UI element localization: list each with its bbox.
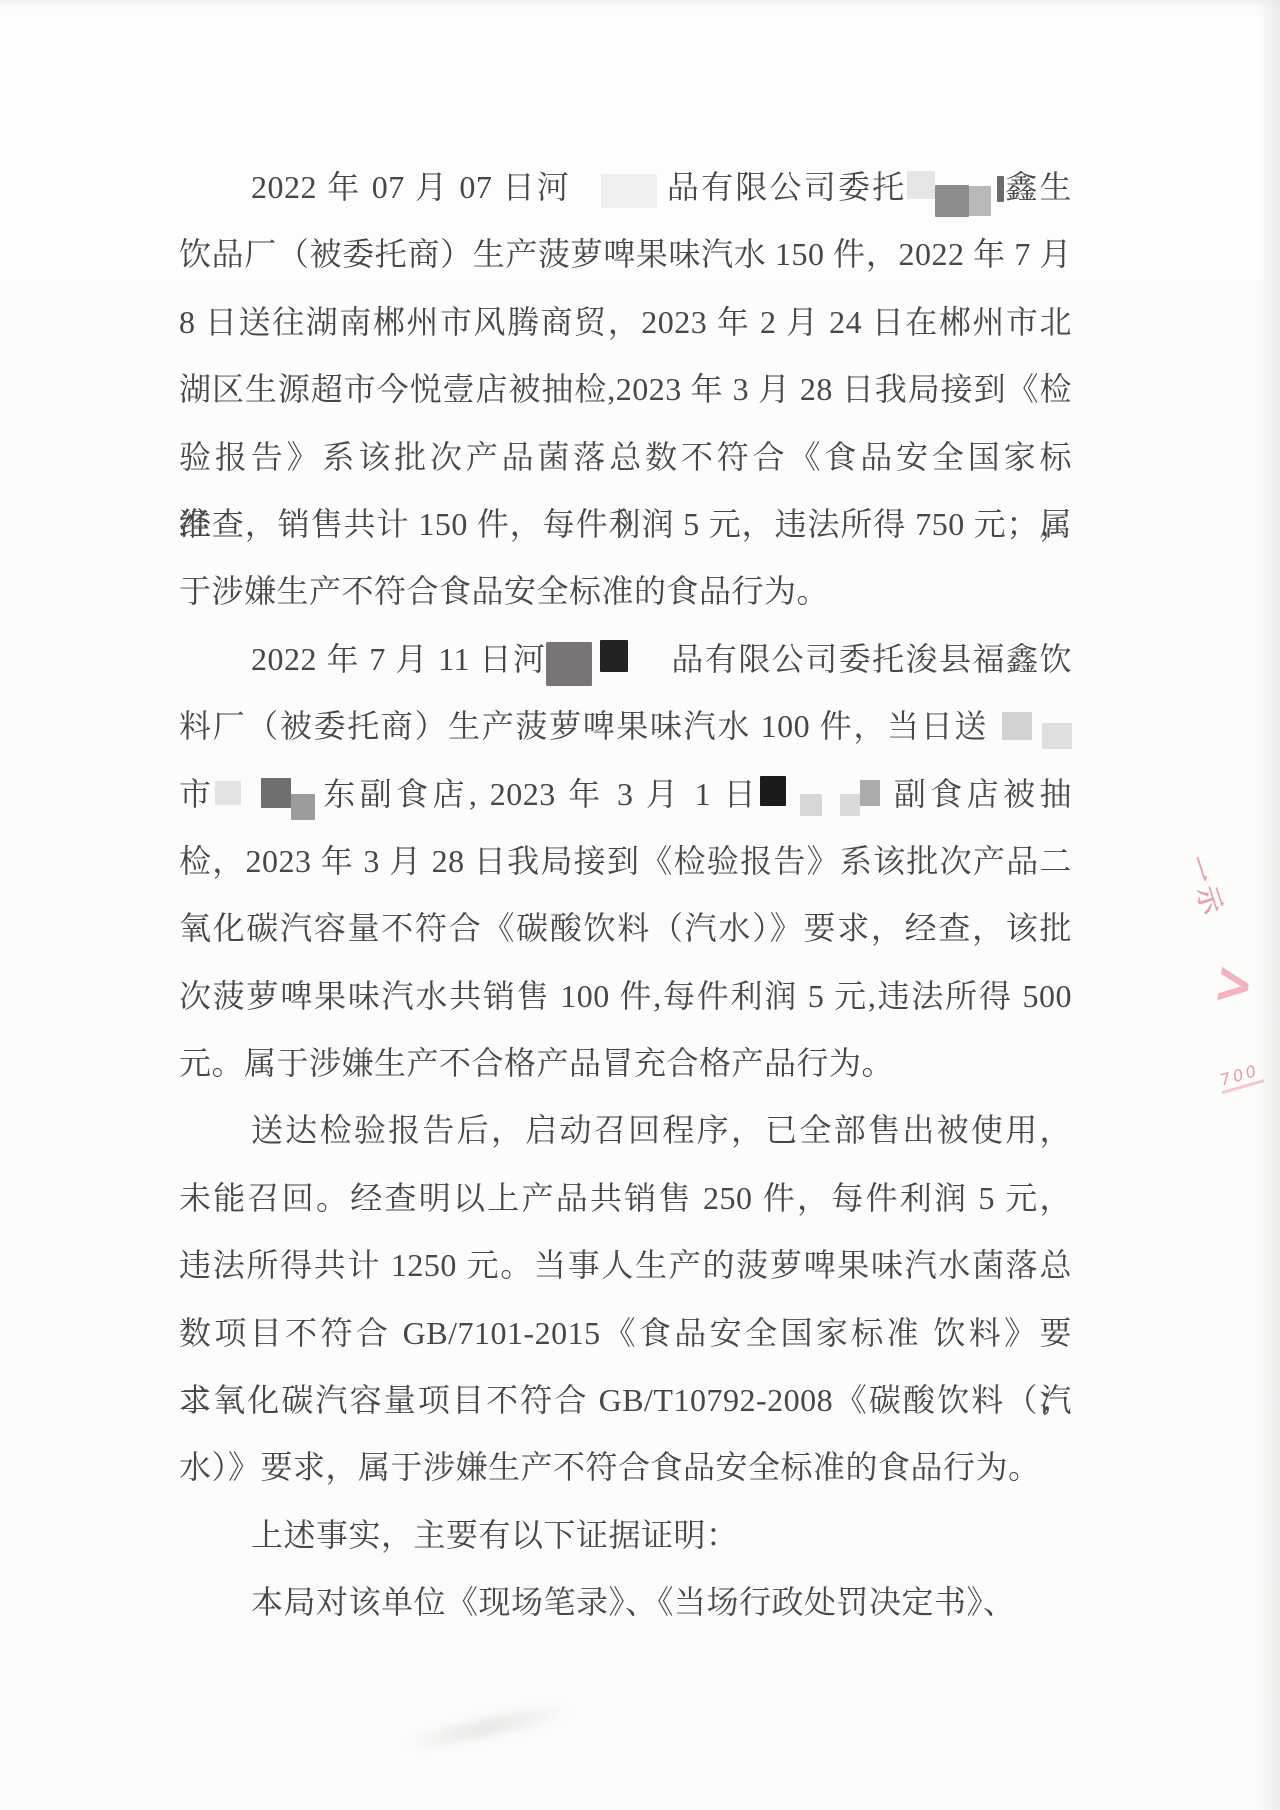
text-segment: 氧化碳汽容量不符合《碳酸饮料（汽水）》要求，经查，该批 bbox=[179, 910, 1072, 946]
redaction-block bbox=[215, 781, 241, 805]
redaction-block bbox=[261, 778, 291, 808]
text-segment: 湖区生源超市今悦壹店被抽检,2023 年 3 月 28 日我局接到《检 bbox=[179, 371, 1072, 407]
redaction-block bbox=[1002, 712, 1032, 740]
text-segment: 副食店被抽 bbox=[890, 776, 1072, 812]
text-segment: 8 日送往湖南郴州市风腾商贸，2023 年 2 月 24 日在郴州市北 bbox=[179, 304, 1072, 340]
redaction-block bbox=[291, 794, 315, 820]
spacer bbox=[1032, 735, 1042, 737]
redaction-block bbox=[601, 174, 657, 208]
text-segment: 2022 年 07 月 07 日河 bbox=[251, 169, 571, 205]
redaction-block bbox=[997, 176, 1004, 202]
text-line-1: 2022 年 07 月 07 日河品有限公司委托鑫生 bbox=[179, 154, 1072, 221]
text-segment: 鑫生 bbox=[1004, 169, 1072, 205]
redaction-block bbox=[546, 642, 592, 686]
text-segment: 未能召回。经查明以上产品共销售 250 件，每件利润 5 元， bbox=[179, 1180, 1072, 1216]
text-line-11: 检，2023 年 3 月 28 日我局接到《检验报告》系该批次产品二 bbox=[179, 828, 1072, 895]
red-stamp-fragment-chevron: > bbox=[1210, 946, 1258, 1021]
redaction-block bbox=[1042, 723, 1072, 749]
text-line-17: 违法所得共计 1250 元。当事人生产的菠萝啤果味汽水菌落总 bbox=[179, 1232, 1072, 1299]
text-line-6: 经查，销售共计 150 件，每件利润 5 元，违法所得 750 元；属 bbox=[179, 491, 1072, 558]
text-line-21: 上述事实，主要有以下证据证明： bbox=[179, 1502, 1072, 1569]
text-segment: 品有限公司委托 bbox=[665, 169, 906, 205]
text-segment: 饮品厂（被委托商）生产菠萝啤果味汽水 150 件，2022 年 7 月 bbox=[179, 236, 1072, 272]
text-line-22: 本局对该单位《现场笔录》、《当场行政处罚决定书》、 bbox=[179, 1569, 1072, 1636]
text-line-9: 料厂（被委托商）生产菠萝啤果味汽水 100 件，当日送 bbox=[179, 693, 1072, 760]
spacer bbox=[241, 803, 261, 805]
spacer bbox=[822, 803, 840, 805]
redaction-block bbox=[760, 776, 786, 806]
scanned-document-page: 2022 年 07 月 07 日河品有限公司委托鑫生饮品厂（被委托商）生产菠萝啤… bbox=[0, 0, 1280, 1810]
text-line-2: 饮品厂（被委托商）生产菠萝啤果味汽水 150 件，2022 年 7 月 bbox=[179, 221, 1072, 288]
text-segment: 品有限公司委托浚县福鑫饮 bbox=[670, 641, 1072, 677]
text-segment: 2022 年 7 月 11 日河 bbox=[251, 641, 546, 677]
spacer bbox=[988, 735, 1002, 737]
text-segment: 料厂（被委托商）生产菠萝啤果味汽水 100 件，当日送 bbox=[179, 708, 988, 744]
redaction-block bbox=[860, 780, 880, 806]
scan-edge-shadow-right bbox=[1258, 0, 1280, 1810]
text-segment: 检，2023 年 3 月 28 日我局接到《检验报告》系该批次产品二 bbox=[179, 843, 1072, 879]
text-segment: 送达检验报告后，启动召回程序，已全部售出被使用， bbox=[251, 1112, 1072, 1148]
text-segment: 水）》要求，属于涉嫌生产不符合食品安全标准的食品行为。 bbox=[179, 1449, 1041, 1485]
red-stamp-fragment-number: 700 bbox=[1216, 1060, 1264, 1094]
text-line-5: 验报告》系该批次产品菌落总数不符合《食品安全国家标准》， bbox=[179, 424, 1072, 491]
redaction-block bbox=[935, 185, 969, 217]
text-segment: 本局对该单位《现场笔录》、《当场行政处罚决定书》、 bbox=[251, 1584, 1016, 1620]
spacer bbox=[592, 668, 600, 670]
redaction-block bbox=[800, 794, 822, 816]
text-line-8: 2022 年 7 月 11 日河品有限公司委托浚县福鑫饮 bbox=[179, 626, 1072, 693]
text-segment: 市 bbox=[179, 776, 215, 812]
text-line-14: 元。属于涉嫌生产不合格产品冒充合格产品行为。 bbox=[179, 1030, 1072, 1097]
document-body: 2022 年 07 月 07 日河品有限公司委托鑫生饮品厂（被委托商）生产菠萝啤… bbox=[179, 154, 1072, 1637]
text-line-7: 于涉嫌生产不符合食品安全标准的食品行为。 bbox=[179, 558, 1072, 625]
text-line-19: 二氧化碳汽容量项目不符合 GB/T10792-2008《碳酸饮料（汽 bbox=[179, 1367, 1072, 1434]
text-line-18: 数项目不符合 GB/7101-2015《食品安全国家标准 饮料》要求； bbox=[179, 1300, 1072, 1367]
text-segment: 于涉嫌生产不符合食品安全标准的食品行为。 bbox=[179, 573, 829, 609]
text-line-16: 未能召回。经查明以上产品共销售 250 件，每件利润 5 元， bbox=[179, 1165, 1072, 1232]
text-segment: 经查，销售共计 150 件，每件利润 5 元，违法所得 750 元；属 bbox=[179, 506, 1072, 542]
redaction-block bbox=[600, 640, 628, 672]
text-segment: 违法所得共计 1250 元。当事人生产的菠萝啤果味汽水菌落总 bbox=[179, 1247, 1072, 1283]
red-stamp-fragment-character: 一示 bbox=[1179, 850, 1236, 923]
text-line-3: 8 日送往湖南郴州市风腾商贸，2023 年 2 月 24 日在郴州市北 bbox=[179, 289, 1072, 356]
redaction-block bbox=[907, 171, 935, 199]
text-segment: 上述事实，主要有以下证据证明： bbox=[251, 1517, 739, 1553]
text-line-15: 送达检验报告后，启动召回程序，已全部售出被使用， bbox=[179, 1097, 1072, 1164]
scan-edge-shadow-top bbox=[0, 0, 1280, 10]
text-line-13: 次菠萝啤果味汽水共销售 100 件,每件利润 5 元,违法所得 500 bbox=[179, 963, 1072, 1030]
scan-smudge bbox=[397, 1694, 579, 1761]
spacer bbox=[571, 196, 601, 198]
redaction-block bbox=[840, 794, 860, 816]
spacer bbox=[786, 803, 800, 805]
text-line-12: 氧化碳汽容量不符合《碳酸饮料（汽水）》要求，经查，该批 bbox=[179, 895, 1072, 962]
spacer bbox=[628, 668, 670, 670]
spacer bbox=[880, 803, 890, 805]
text-segment: 次菠萝啤果味汽水共销售 100 件,每件利润 5 元,违法所得 500 bbox=[179, 978, 1072, 1014]
text-line-20: 水）》要求，属于涉嫌生产不符合食品安全标准的食品行为。 bbox=[179, 1434, 1072, 1501]
redaction-block bbox=[969, 186, 991, 216]
text-segment: 元。属于涉嫌生产不合格产品冒充合格产品行为。 bbox=[179, 1045, 894, 1081]
text-segment: 东副食店, 2023 年 3 月 1 日 bbox=[319, 776, 760, 812]
text-segment: 二氧化碳汽容量项目不符合 GB/T10792-2008《碳酸饮料（汽 bbox=[179, 1382, 1072, 1418]
spacer bbox=[657, 196, 665, 198]
text-line-4: 湖区生源超市今悦壹店被抽检,2023 年 3 月 28 日我局接到《检 bbox=[179, 356, 1072, 423]
text-line-10: 市东副食店, 2023 年 3 月 1 日副食店被抽 bbox=[179, 761, 1072, 828]
